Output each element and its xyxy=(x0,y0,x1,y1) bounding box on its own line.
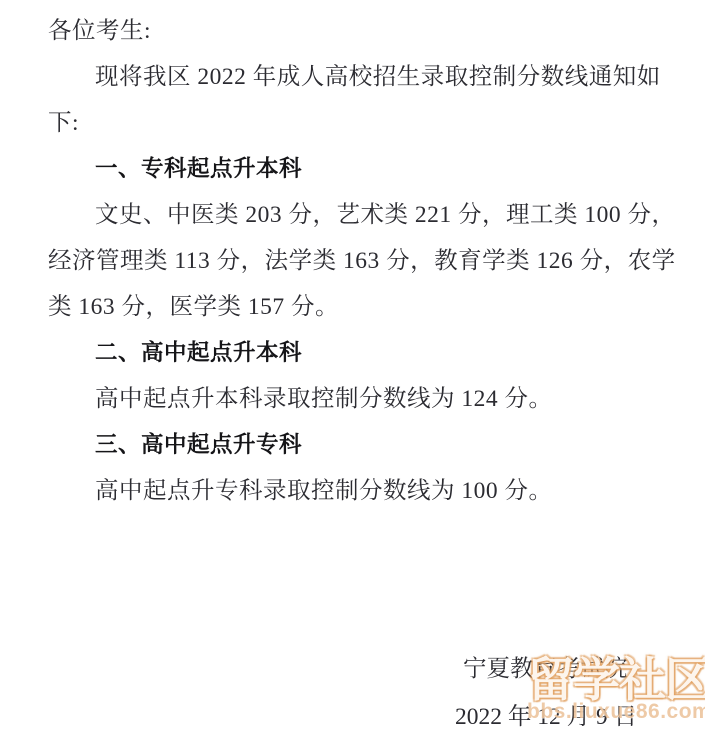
document-body: 各位考生: 现将我区 2022 年成人高校招生录取控制分数线通知如 下: 一、专… xyxy=(48,8,675,514)
section-2-heading: 二、高中起点升本科 xyxy=(48,330,675,376)
section-1-line-1: 文史、中医类 203 分，艺术类 221 分，理工类 100 分， xyxy=(48,192,675,238)
intro-line-1: 现将我区 2022 年成人高校招生录取控制分数线通知如 xyxy=(48,54,675,100)
section-3-line-1: 高中起点升专科录取控制分数线为 100 分。 xyxy=(48,468,675,514)
intro-line-2: 下: xyxy=(48,100,675,146)
salutation: 各位考生: xyxy=(48,8,675,54)
signature-organization: 宁夏教育考试院 xyxy=(455,645,637,693)
section-1-heading: 一、专科起点升本科 xyxy=(48,146,675,192)
signature-block: 宁夏教育考试院 2022 年 12 月 9 日 xyxy=(455,645,637,733)
signature-date: 2022 年 12 月 9 日 xyxy=(455,693,637,733)
section-3-heading: 三、高中起点升专科 xyxy=(48,422,675,468)
section-2-line-1: 高中起点升本科录取控制分数线为 124 分。 xyxy=(48,376,675,422)
section-1-line-3: 类 163 分，医学类 157 分。 xyxy=(48,284,675,330)
section-1-line-2: 经济管理类 113 分，法学类 163 分，教育学类 126 分，农学 xyxy=(48,238,675,284)
notice-document: 各位考生: 现将我区 2022 年成人高校招生录取控制分数线通知如 下: 一、专… xyxy=(0,0,705,733)
